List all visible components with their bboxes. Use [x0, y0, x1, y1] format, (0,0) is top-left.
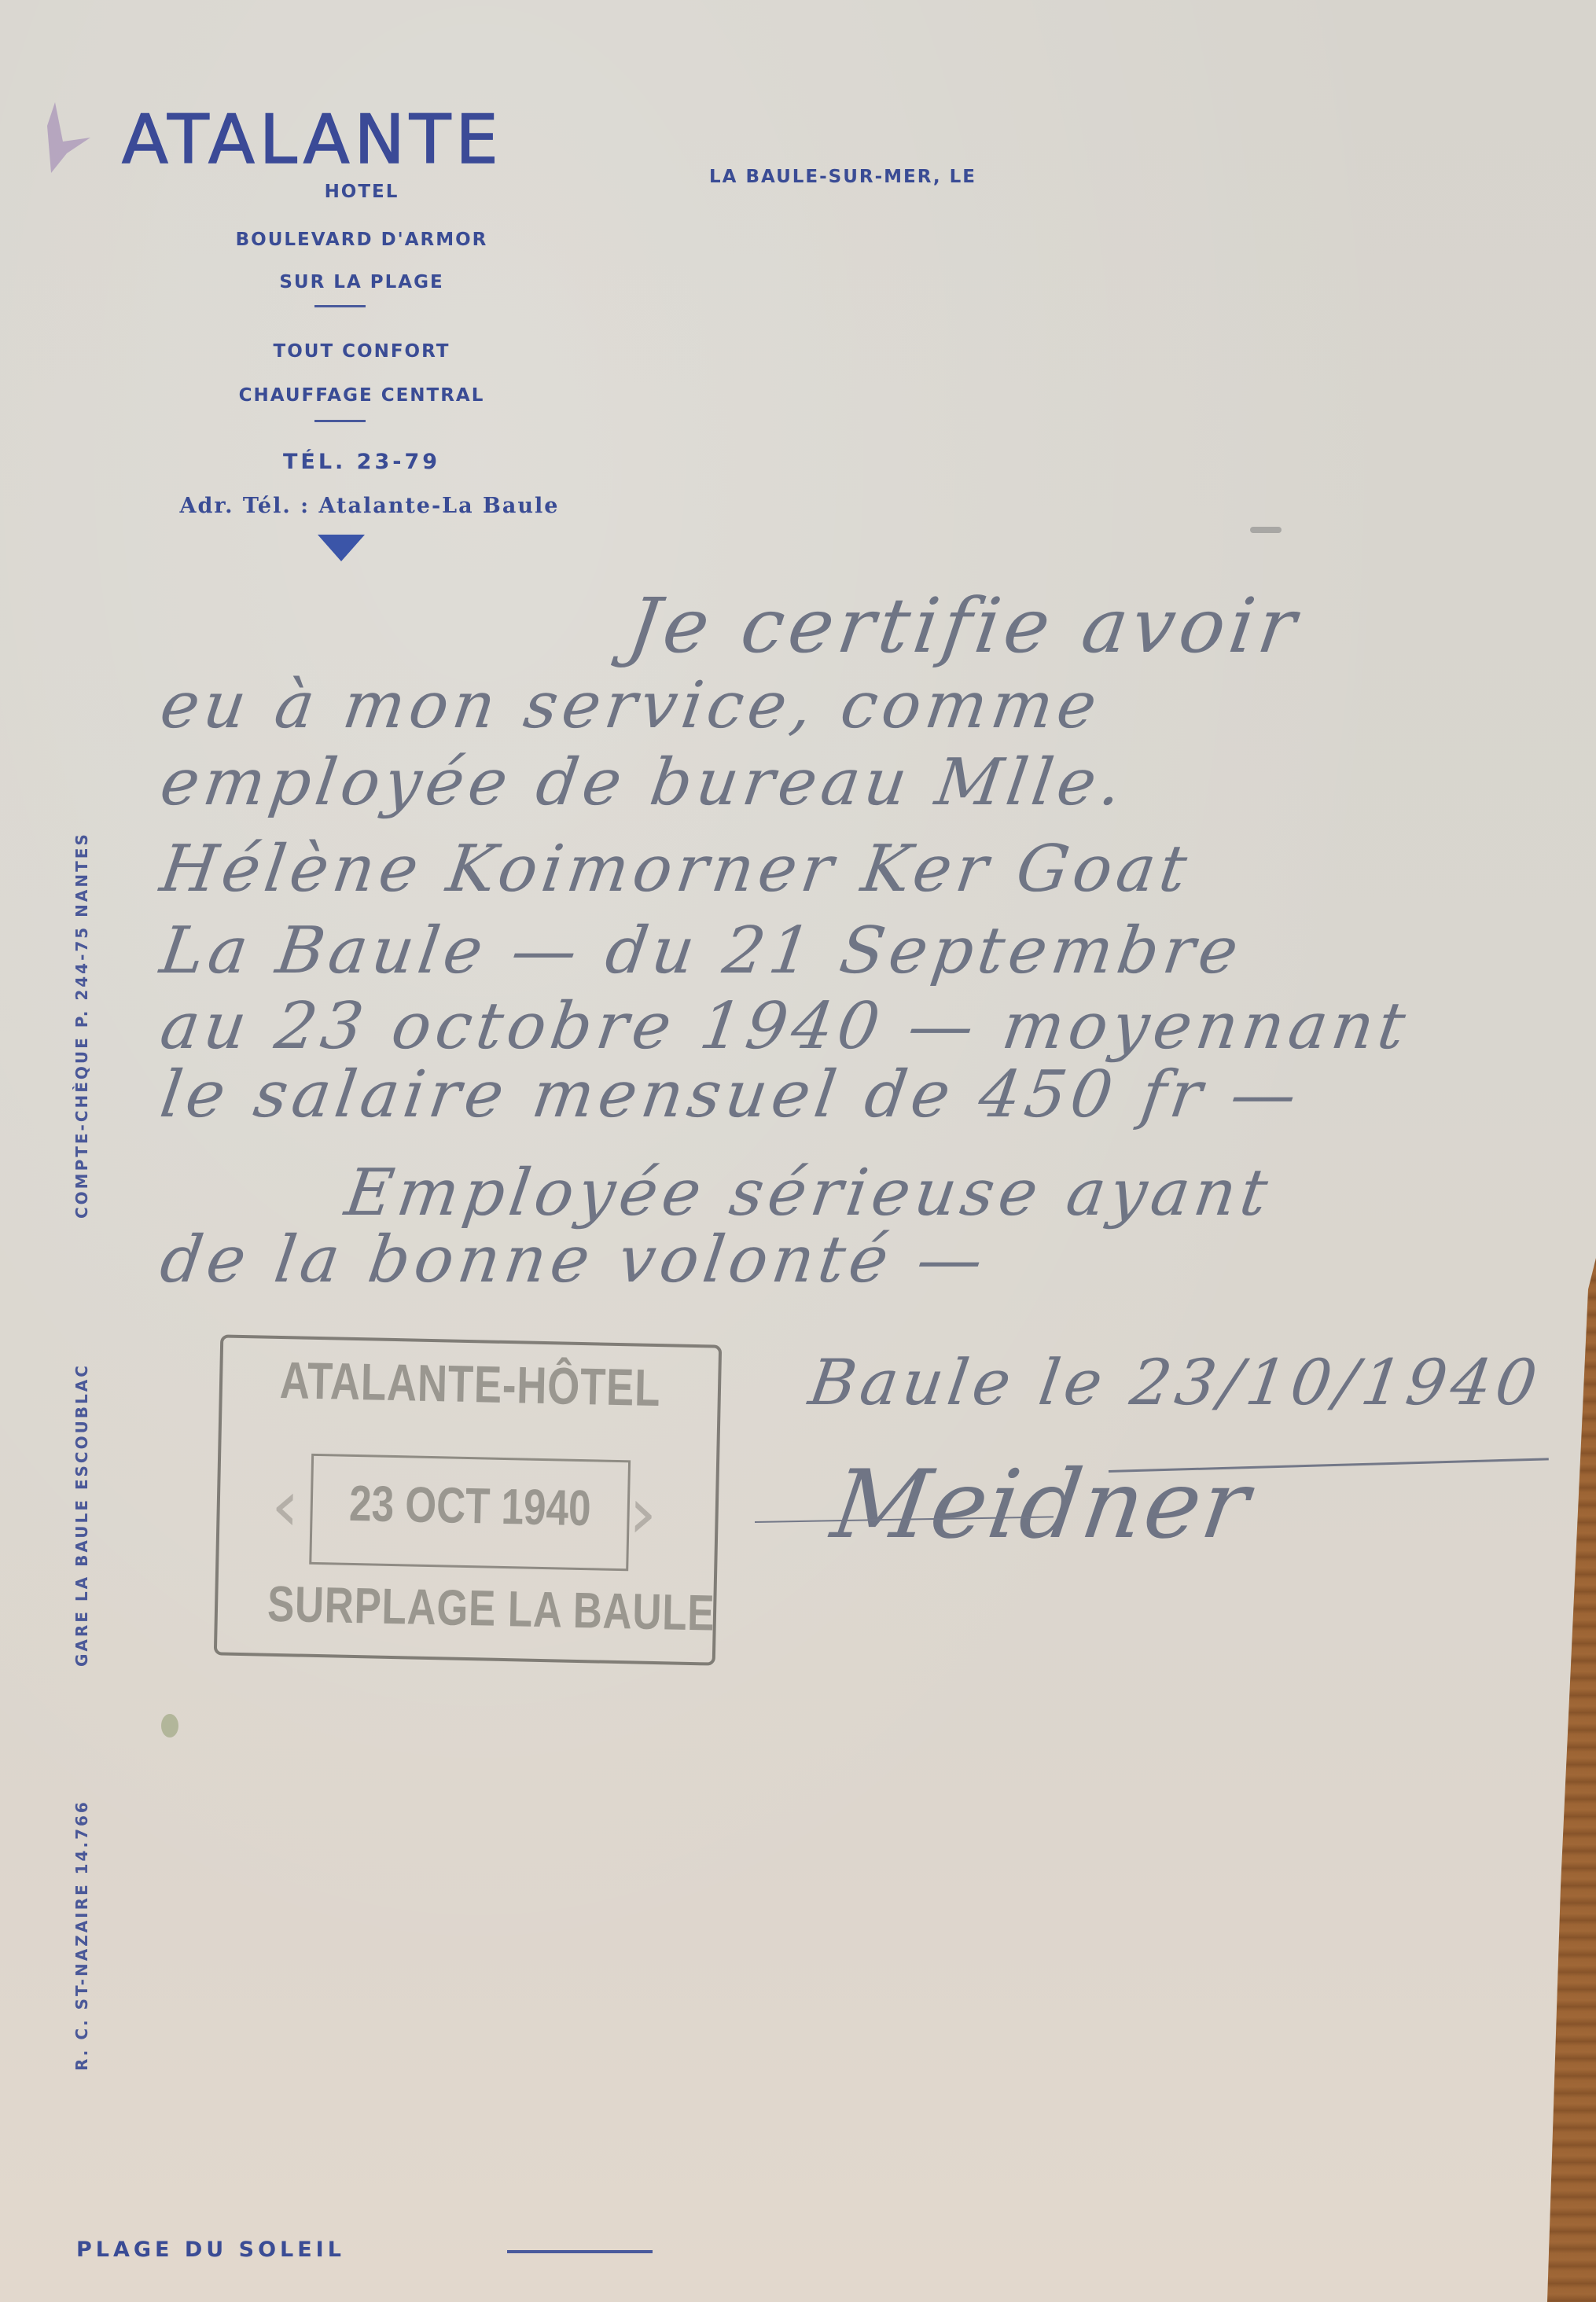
place-date-prefix: LA BAULE-SUR-MER, LE [709, 167, 976, 187]
pencil-mark [1250, 527, 1282, 533]
letter-line-5: La Baule — du 21 Septembre [156, 914, 1247, 988]
letter-line-7: le salaire mensuel de 450 fr — [156, 1057, 1305, 1132]
green-spot [161, 1714, 178, 1738]
triangle-ornament-icon [318, 535, 365, 561]
phone-number: TÉL. 23-79 [94, 450, 629, 474]
divider [314, 420, 366, 422]
hotel-type: HOTEL [94, 182, 629, 202]
stamp-location: SURPLAGE LA BAULE [267, 1575, 664, 1642]
stamp-date: 23 OCT 1940 [344, 1474, 596, 1538]
letter-paper: ATALANTE HOTEL BOULEVARD D'ARMOR SUR LA … [0, 0, 1596, 2302]
letter-line-2: eu à mon service, comme [156, 668, 1105, 743]
chevron-right-icon: › [628, 1472, 658, 1555]
divider [314, 305, 366, 307]
margin-bank-account: COMPTE-CHÈQUE P. 244-75 NANTES [72, 747, 91, 1219]
letter-line-8: Employée sérieuse ayant [340, 1156, 1276, 1230]
address-line-1: BOULEVARD D'ARMOR [94, 230, 629, 250]
letter-line-6: au 23 octobre 1940 — moyennant [156, 989, 1414, 1064]
stamp-hotel-name: ATALANTE-HÔTEL [271, 1350, 668, 1418]
stamp-date-frame: 23 OCT 1940 [309, 1454, 631, 1571]
hotel-date-stamp: ATALANTE-HÔTEL 23 OCT 1940 ‹ › SURPLAGE … [214, 1334, 722, 1665]
letter-place-date: Baule le 23/10/1940 [804, 1346, 1546, 1419]
margin-railway-station: GARE LA BAULE ESCOUBLAC [72, 1329, 91, 1667]
letter-line-9: de la bonne volonté — [156, 1223, 991, 1297]
telegraph-address: Adr. Tél. : Atalante-La Baule [102, 494, 637, 518]
hotel-name: ATALANTE [122, 101, 503, 179]
letter-line-3: employée de bureau Mlle. [156, 745, 1131, 820]
amenity-heating: CHAUFFAGE CENTRAL [94, 385, 629, 406]
signature: Meidner [826, 1451, 1256, 1560]
address-line-2: SUR LA PLAGE [94, 272, 629, 292]
letter-line-1: Je certifie avoir [623, 582, 1306, 670]
footer-rule [507, 2250, 653, 2253]
amenity-comfort: TOUT CONFORT [94, 341, 629, 362]
margin-registry: R. C. ST-NAZAIRE 14.766 [72, 1749, 91, 2071]
ink-smudge-icon [31, 94, 94, 181]
footer-label: PLAGE DU SOLEIL [76, 2238, 345, 2262]
letter-line-4: Hélène Koimorner Ker Goat [156, 832, 1196, 906]
chevron-left-icon: ‹ [270, 1465, 300, 1548]
